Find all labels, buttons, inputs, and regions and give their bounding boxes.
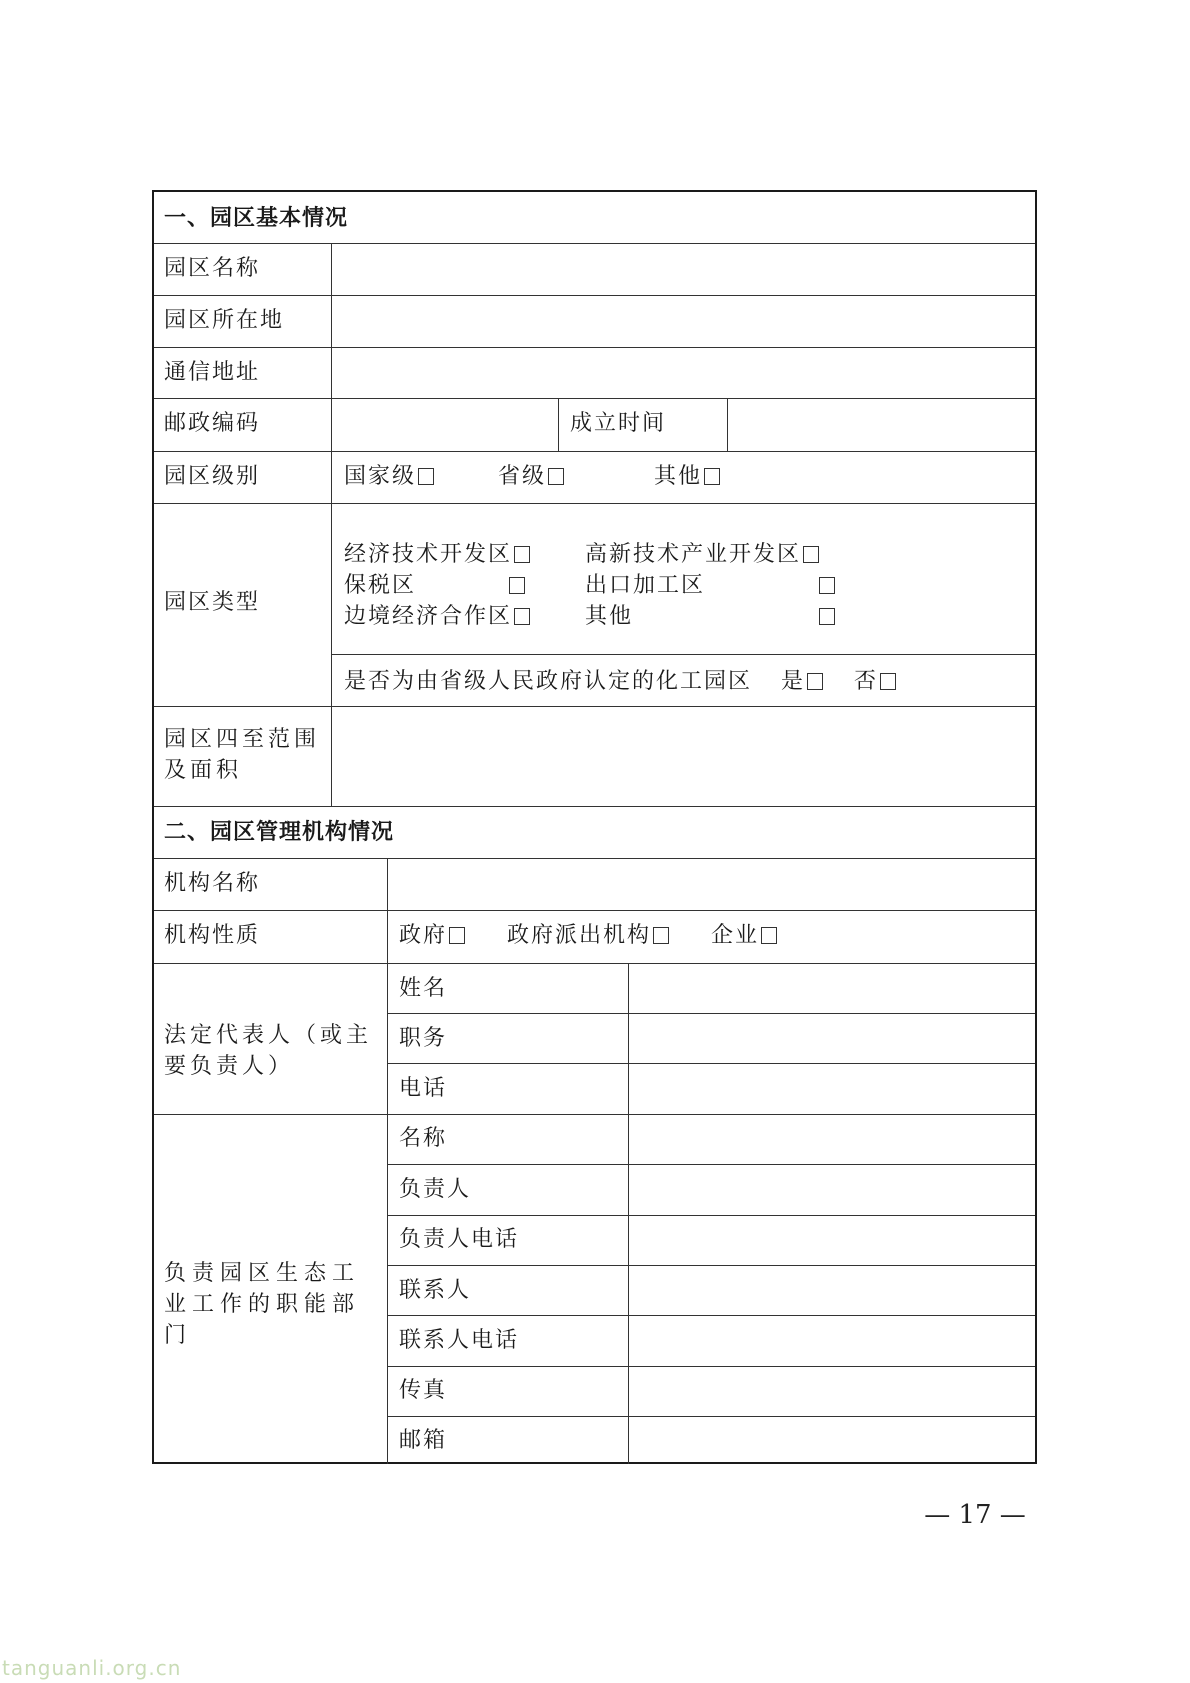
label-dept-head-phone: 负责人电话 <box>399 1227 519 1253</box>
label-org-nature: 机构性质 <box>164 923 260 949</box>
label-park-type: 园区类型 <box>164 590 260 616</box>
dept-name-field[interactable] <box>630 1115 1035 1164</box>
checkbox-type-etdz[interactable]: 经济技术开发区 <box>344 542 530 568</box>
checkbox-icon[interactable] <box>761 927 777 944</box>
label-park-level: 园区级别 <box>164 464 260 490</box>
divider <box>331 243 332 806</box>
label-legal-rep: 法定代表人（或主要负责人） <box>164 1020 380 1082</box>
checkbox-type-bonded[interactable]: 保税区 <box>344 573 416 599</box>
checkbox-icon[interactable] <box>514 608 530 625</box>
rep-name-field[interactable] <box>630 964 1035 1013</box>
label-rep-name: 姓名 <box>399 976 447 1002</box>
dept-contact-field[interactable] <box>630 1266 1035 1315</box>
mailing-address-field[interactable] <box>333 348 1035 398</box>
scope-area-field[interactable] <box>333 707 1035 805</box>
label-dept-fax: 传真 <box>399 1378 447 1404</box>
checkbox-icon[interactable] <box>653 927 669 944</box>
checkbox-icon[interactable] <box>548 468 564 485</box>
checkbox-icon[interactable] <box>807 673 823 690</box>
checkbox-icon[interactable] <box>418 468 434 485</box>
checkbox-chemical-yes[interactable]: 是 <box>781 669 823 695</box>
divider <box>154 806 1035 807</box>
label-dept-email: 邮箱 <box>399 1428 447 1454</box>
checkbox-type-export[interactable]: 出口加工区 <box>585 573 705 599</box>
park-info-form: 一、园区基本情况 园区名称 园区所在地 通信地址 邮政编码 成立时间 园区级别 … <box>152 190 1037 1464</box>
dept-fax-field[interactable] <box>630 1367 1035 1416</box>
checkbox-icon[interactable] <box>704 468 720 485</box>
checkbox-chemical-no[interactable]: 否 <box>854 669 896 695</box>
label-dept-head: 负责人 <box>399 1177 471 1203</box>
label-dept-contact: 联系人 <box>399 1278 471 1304</box>
divider <box>628 963 629 1464</box>
dept-email-field[interactable] <box>630 1417 1035 1464</box>
checkbox-icon[interactable] <box>514 546 530 563</box>
label-park-location: 园区所在地 <box>164 308 284 334</box>
park-location-field[interactable] <box>333 296 1035 346</box>
established-time-field[interactable] <box>729 399 1035 450</box>
label-postal-code: 邮政编码 <box>164 411 260 437</box>
checkbox-type-other-icon[interactable] <box>819 608 835 625</box>
watermark: tanguanli.org.cn <box>2 1656 181 1680</box>
divider <box>331 654 1035 655</box>
divider <box>387 858 388 1464</box>
checkbox-export-icon[interactable] <box>819 577 835 594</box>
label-rep-phone: 电话 <box>399 1076 447 1102</box>
label-park-name: 园区名称 <box>164 256 260 282</box>
checkbox-level-other[interactable]: 其他 <box>654 464 720 490</box>
dept-contact-phone-field[interactable] <box>630 1316 1035 1365</box>
label-mailing-address: 通信地址 <box>164 360 260 386</box>
checkbox-nature-enterprise[interactable]: 企业 <box>711 923 777 949</box>
checkbox-level-national[interactable]: 国家级 <box>344 464 434 490</box>
label-dept-contact-phone: 联系人电话 <box>399 1328 519 1354</box>
checkbox-bonded-icon[interactable] <box>509 577 525 594</box>
checkbox-icon[interactable] <box>449 927 465 944</box>
checkbox-nature-government[interactable]: 政府 <box>399 923 465 949</box>
label-rep-title: 职务 <box>399 1026 447 1052</box>
section2-title: 二、园区管理机构情况 <box>164 820 394 846</box>
checkbox-icon[interactable] <box>880 673 896 690</box>
divider <box>154 451 1035 452</box>
checkbox-type-hightech[interactable]: 高新技术产业开发区 <box>585 542 819 568</box>
checkbox-type-border[interactable]: 边境经济合作区 <box>344 604 530 630</box>
postal-code-field[interactable] <box>333 399 558 450</box>
divider <box>558 398 559 451</box>
checkbox-type-other[interactable]: 其他 <box>585 604 633 630</box>
label-dept: 负责园区生态工业工作的职能部门 <box>164 1258 380 1351</box>
divider <box>154 910 1035 911</box>
checkbox-nature-agency[interactable]: 政府派出机构 <box>507 923 669 949</box>
chemical-park-question: 是否为由省级人民政府认定的化工园区 <box>344 669 752 695</box>
label-scope-area: 园区四至范围及面积 <box>164 724 324 786</box>
divider <box>154 503 1035 504</box>
label-dept-name: 名称 <box>399 1126 447 1152</box>
checkbox-icon[interactable] <box>803 546 819 563</box>
org-name-field[interactable] <box>389 859 1035 909</box>
page-number: — 17 — <box>905 1500 1045 1530</box>
park-name-field[interactable] <box>333 244 1035 294</box>
divider <box>727 398 728 451</box>
checkbox-level-provincial[interactable]: 省级 <box>498 464 564 490</box>
rep-phone-field[interactable] <box>630 1064 1035 1113</box>
rep-title-field[interactable] <box>630 1014 1035 1063</box>
label-established-time: 成立时间 <box>570 411 666 437</box>
section1-title: 一、园区基本情况 <box>164 206 348 232</box>
dept-head-field[interactable] <box>630 1165 1035 1214</box>
label-org-name: 机构名称 <box>164 871 260 897</box>
dept-head-phone-field[interactable] <box>630 1216 1035 1265</box>
